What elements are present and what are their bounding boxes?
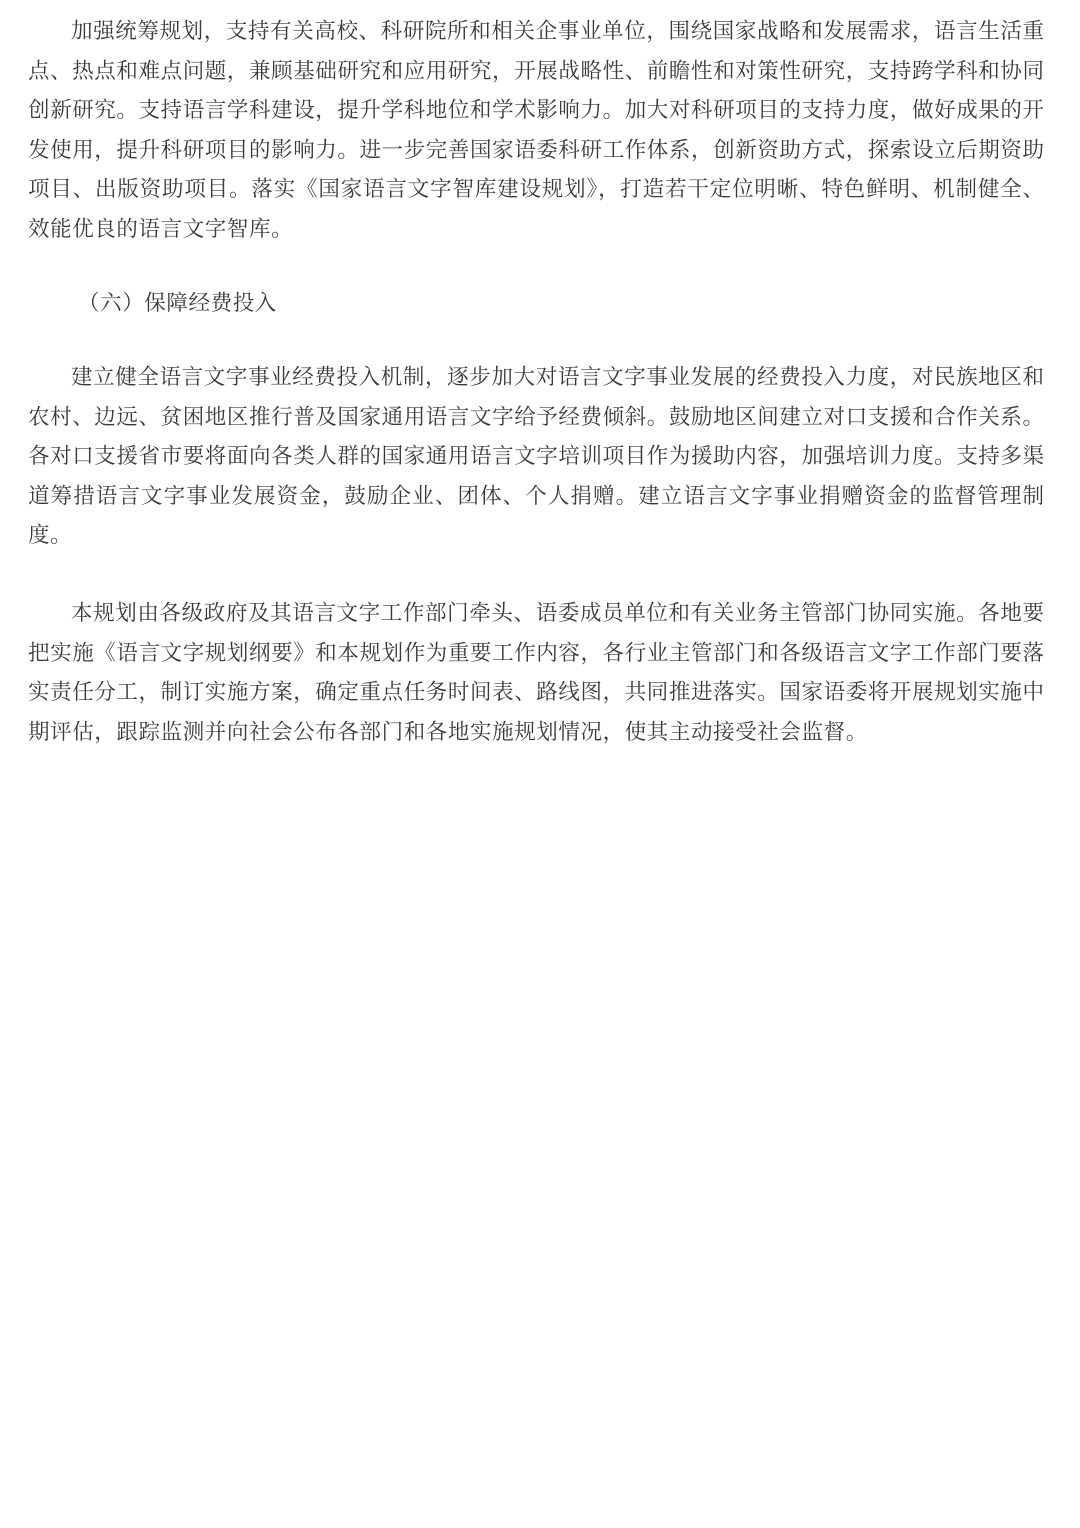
text-line: 农村、边远、贫困地区推行普及国家通用语言文字给予经费倾斜。鼓励地区间建立对口支援… [28, 398, 1045, 438]
section-heading-funding: （六）保障经费投入 [28, 284, 277, 324]
text-line: 度。 [28, 516, 1045, 556]
paragraph-implementation: 本规划由各级政府及其语言文字工作部门牵头、语委成员单位和有关业务主管部门协同实施… [28, 594, 1045, 752]
text-line: 效能优良的语言文字智库。 [28, 210, 1045, 250]
text-line: 把实施《语言文字规划纲要》和本规划作为重要工作内容，各行业主管部门和各级语言文字… [28, 634, 1045, 674]
paragraph-research-support: 加强统筹规划，支持有关高校、科研院所和相关企事业单位，围绕国家战略和发展需求，语… [28, 12, 1045, 249]
paragraph-funding: 建立健全语言文字事业经费投入机制，逐步加大对语言文字事业发展的经费投入力度，对民… [28, 358, 1045, 556]
text-line: 各对口支援省市要将面向各类人群的国家通用语言文字培训项目作为援助内容，加强培训力… [28, 437, 1045, 477]
text-line: 项目、出版资助项目。落实《国家语言文字智库建设规划》，打造若干定位明晰、特色鲜明… [28, 170, 1045, 210]
text-line: 点、热点和难点问题，兼顾基础研究和应用研究，开展战略性、前瞻性和对策性研究，支持… [28, 52, 1045, 92]
text-line: 道筹措语言文字事业发展资金，鼓励企业、团体、个人捐赠。建立语言文字事业捐赠资金的… [28, 477, 1045, 517]
text-line: 实责任分工，制订实施方案，确定重点任务时间表、路线图，共同推进落实。国家语委将开… [28, 673, 1045, 713]
text-line: 创新研究。支持语言学科建设，提升学科地位和学术影响力。加大对科研项目的支持力度，… [28, 91, 1045, 131]
text-line: 建立健全语言文字事业经费投入机制，逐步加大对语言文字事业发展的经费投入力度，对民… [28, 358, 1045, 398]
text-line: 期评估，跟踪监测并向社会公布各部门和各地实施规划情况，使其主动接受社会监督。 [28, 713, 1045, 753]
text-line: 发使用，提升科研项目的影响力。进一步完善国家语委科研工作体系，创新资助方式，探索… [28, 131, 1045, 171]
text-line: 本规划由各级政府及其语言文字工作部门牵头、语委成员单位和有关业务主管部门协同实施… [28, 594, 1045, 634]
text-line: 加强统筹规划，支持有关高校、科研院所和相关企事业单位，围绕国家战略和发展需求，语… [28, 12, 1045, 52]
